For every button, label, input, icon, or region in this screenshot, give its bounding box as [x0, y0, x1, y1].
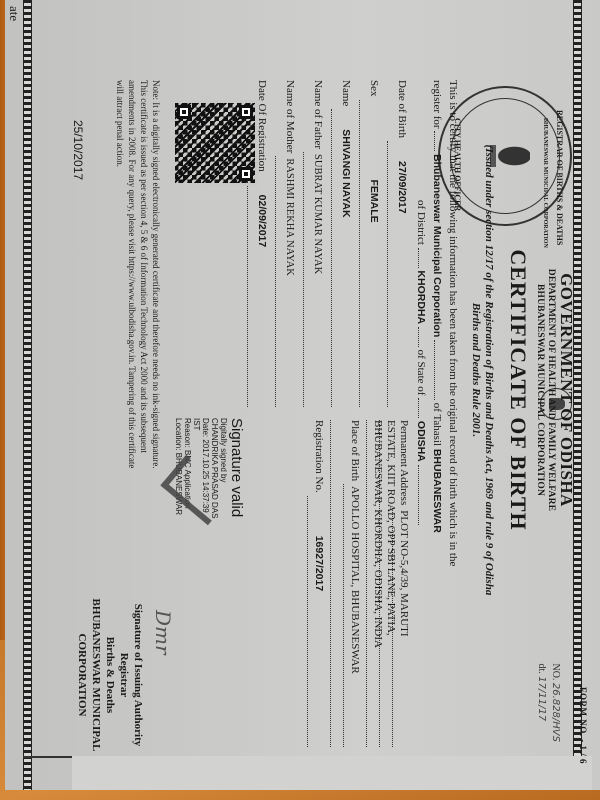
field-registration-number: Registration No.16927/2017	[307, 420, 330, 750]
authority-line: Registrar	[117, 560, 131, 790]
dob-label: Date of Birth	[388, 80, 415, 138]
mother-value: RASHMI REKHA NAYAK	[276, 156, 303, 275]
place-label: Place of Birth	[344, 420, 366, 481]
dob-value: 27/09/2017	[388, 141, 415, 214]
adjacent-page-text: ate	[6, 6, 22, 21]
mother-label: Name of Mother	[276, 80, 303, 153]
district-value: KHORDHA	[415, 270, 427, 324]
state-value: ODISHA	[415, 421, 427, 462]
certify-intro: This is to certify that the following in…	[445, 80, 460, 720]
register-for-value: Bhubaneswar Municipal Corporation	[431, 154, 443, 337]
address-details: Permanent AddressPLOT NO-5,4/39, MARUTI …	[307, 420, 415, 750]
address-line-3: BHUBANESWAR, KHORDHA, ODISHA, INDIA	[367, 420, 389, 648]
father-value: SUBRAT KUMAR NAYAK	[304, 152, 331, 274]
authority-line: BHUBANESWAR MUNICIPAL CORPORATION	[75, 560, 103, 790]
tahasil-label: of Tahasil	[431, 403, 443, 446]
handwritten-signature: Dmr	[145, 610, 175, 700]
authority-line: Births & Deaths	[103, 560, 117, 790]
legal-reference-line: Births and Deaths Rule 2001.	[469, 140, 482, 600]
cert-no-label: NO.	[550, 663, 561, 680]
birth-certificate-document: FORM NO. - 1 / 6 NO. 26.828/HVS dt. 17/1…	[5, 0, 600, 790]
form-number-tab: FORM NO. - 1 / 6	[72, 756, 592, 790]
field-date-of-birth: Date of Birth27/09/2017	[387, 80, 415, 410]
register-for-label: register for	[431, 80, 443, 129]
qr-code	[172, 100, 258, 186]
district-label: of District	[415, 200, 427, 245]
place-value: APOLLO HOSPITAL, BHUBANESWAR	[344, 484, 366, 674]
issuing-authority: Signature of Issuing Authority Registrar…	[75, 560, 145, 790]
note-line: This certificate is issued as per sectio…	[138, 80, 150, 550]
note-line: Note: It is a digitally signed electroni…	[150, 80, 162, 550]
legal-reference-line: (Issued under section 12/17 of the Regis…	[482, 140, 495, 600]
state-label: of State of	[415, 350, 427, 396]
sex-label: Sex	[360, 80, 387, 97]
field-mother-name: Name of MotherRASHMI REKHA NAYAK	[275, 80, 303, 410]
field-father-name: Name of FatherSUBRAT KUMAR NAYAK	[303, 80, 331, 410]
address-row: BHUBANESWAR, KHORDHA, ODISHA, INDIA	[366, 420, 379, 750]
field-place-of-birth: Place of BirthAPOLLO HOSPITAL, BHUBANESW…	[343, 420, 366, 750]
field-name: NameSHIVANGI NAYAK	[331, 80, 359, 410]
department-name: DEPARTMENT OF HEALTH AND FAMILY WELFARE	[545, 200, 556, 580]
tahasil-value: BHUBANESWAR	[431, 449, 443, 533]
corporation-name: BHUBANESWAR MUNICIPAL CORPORATION	[534, 200, 545, 580]
sex-value: FEMALE	[360, 100, 387, 223]
certificate-number: NO. 26.828/HVS dt. 17/11/17	[534, 663, 562, 742]
issue-date: 25/10/2017	[71, 120, 85, 180]
legal-reference: (Issued under section 12/17 of the Regis…	[469, 140, 495, 600]
field-sex: SexFEMALE	[359, 80, 387, 410]
certificate-header: GOVERNMENT OF ODISHA DEPARTMENT OF HEALT…	[505, 200, 576, 580]
child-details: Date of Birth27/09/2017 SexFEMALE NameSH…	[247, 80, 415, 410]
authority-line: Signature of Issuing Authority	[131, 560, 145, 790]
form-number: FORM NO. - 1 / 6	[578, 687, 588, 764]
name-label: Name	[332, 80, 359, 106]
reg-no-value: 16927/2017	[308, 496, 330, 591]
reg-no-label: Registration No.	[308, 420, 330, 493]
note-line: amendments in 2008. For any query, pleas…	[126, 80, 138, 550]
father-label: Name of Father	[304, 80, 331, 149]
cert-date-label: dt.	[536, 663, 547, 673]
blank-row	[330, 420, 343, 750]
note-line: will attract penal action.	[114, 80, 126, 550]
page-title: CERTIFICATE OF BIRTH	[505, 200, 531, 580]
cert-date-value: 17/11/17	[536, 676, 547, 721]
decorative-border-bottom	[23, 0, 32, 790]
government-title: GOVERNMENT OF ODISHA	[556, 200, 576, 580]
certification-statement: This is to certify that the following in…	[413, 80, 460, 720]
certificate-note: Note: It is a digitally signed electroni…	[114, 80, 162, 550]
name-value: SHIVANGI NAYAK	[332, 109, 359, 217]
cert-no-value: 26.828/HVS	[550, 683, 561, 742]
